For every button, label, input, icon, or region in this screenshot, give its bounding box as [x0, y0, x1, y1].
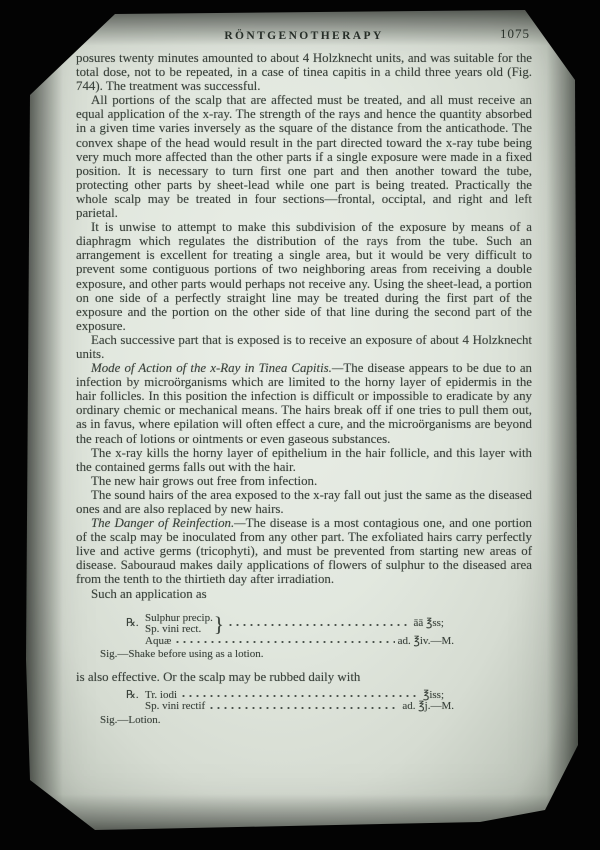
ingredient: Sp. vini rectif	[145, 701, 205, 713]
prescription-row: ℞. Sulphur precip. Sp. vini rect. } āā ℥…	[100, 613, 456, 636]
dose-amount: āā ℥ss;	[414, 618, 445, 630]
body-paragraph: It is unwise to attempt to make this sub…	[76, 220, 532, 333]
ingredient-names: Sulphur precip. Sp. vini rect.	[145, 613, 213, 636]
signatura: Sig.—Shake before using as a lotion.	[100, 649, 456, 661]
ingredient: Aquæ	[145, 636, 171, 648]
body-paragraph: The x-ray kills the horny layer of epith…	[76, 446, 532, 474]
body-paragraph: is also effective. Or the scalp may be r…	[76, 670, 532, 684]
body-paragraph: The sound hairs of the area exposed to t…	[76, 488, 532, 516]
body-paragraph: Mode of Action of the x-Ray in Tinea Cap…	[76, 361, 532, 446]
body-paragraph: Such an application as	[76, 587, 532, 601]
body-paragraph: The Danger of Reinfection.—The disease i…	[76, 516, 532, 586]
body-paragraph: The new hair grows out free from infecti…	[76, 474, 532, 488]
body-paragraph: Each successive part that is exposed is …	[76, 333, 532, 361]
ingredient: Sp. vini rect.	[145, 624, 213, 636]
prescription-row: Sp. vini rectif ad. ℥j.—M.	[100, 701, 456, 713]
page-number: 1075	[500, 26, 530, 42]
section-heading: The Danger of Reinfection.—	[91, 516, 246, 530]
page-content: RÖNTGENOTHERAPY 1075 posures twenty minu…	[76, 4, 532, 726]
signatura: Sig.—Lotion.	[100, 715, 456, 727]
page-header: RÖNTGENOTHERAPY 1075	[76, 26, 532, 42]
body-paragraph: All portions of the scalp that are affec…	[76, 93, 532, 220]
prescription-1: ℞. Sulphur precip. Sp. vini rect. } āā ℥…	[100, 613, 456, 661]
dose-amount: ad. ℥j.—M.	[402, 701, 454, 713]
dotted-leader	[180, 693, 420, 697]
brace-glyph: }	[214, 614, 224, 635]
dotted-leader	[174, 639, 394, 643]
book-page: RÖNTGENOTHERAPY 1075 posures twenty minu…	[24, 4, 580, 836]
body-paragraph: posures twenty minutes amounted to about…	[76, 51, 532, 93]
running-title: RÖNTGENOTHERAPY	[224, 30, 383, 42]
rx-symbol: ℞.	[126, 690, 145, 702]
body-text: posures twenty minutes amounted to about…	[76, 51, 532, 601]
prescription-2: ℞. Tr. iodi ℥iss; Sp. vini rectif ad. ℥j…	[100, 690, 456, 727]
dose-amount: ad. ℥iv.—M.	[398, 636, 454, 648]
dotted-leader	[208, 705, 399, 709]
rx-symbol: ℞.	[126, 618, 145, 630]
dotted-leader	[227, 622, 411, 626]
prescription-row: Aquæ ad. ℥iv.—M.	[100, 636, 456, 648]
section-heading: Mode of Action of the x-Ray in Tinea Cap…	[91, 361, 343, 375]
